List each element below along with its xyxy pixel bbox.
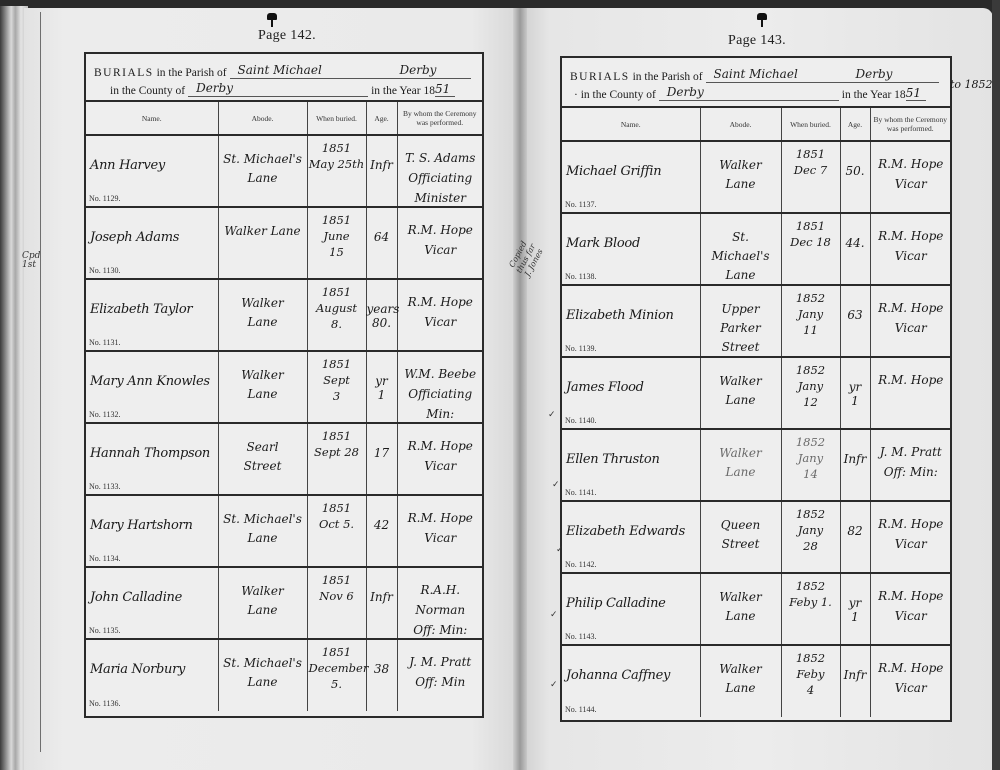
table-row: Elizabeth EdwardsNo. 1142.Queen Street18…: [562, 501, 950, 573]
column-header-when-buried: When buried.: [307, 102, 366, 135]
cell-when-buried: 1852 Feby 1.: [781, 573, 840, 645]
officiant-value: R.M. Hope Vicar: [874, 514, 949, 554]
cell-name: Mary Ann KnowlesNo. 1132.: [86, 351, 218, 423]
abode-value: Walker Lane: [703, 372, 779, 410]
officiant-value: R.M. Hope Vicar: [874, 154, 949, 194]
cell-abode: Walker Lane: [218, 207, 307, 279]
parish-value: Saint Michael: [714, 67, 798, 81]
abode-value: St. Michael's Lane: [703, 228, 779, 285]
entry-number: No. 1137.: [565, 200, 596, 209]
cell-abode: Upper Parker Street: [700, 285, 781, 357]
cell-abode: Walker Lane: [218, 351, 307, 423]
cell-abode: Walker Lane: [700, 645, 781, 717]
parish-label: in the Parish of: [157, 67, 227, 79]
cell-when-buried: 1851 June 15: [307, 207, 366, 279]
cell-when-buried: 1851 August 8.: [307, 279, 366, 351]
burial-date: 1851 Oct 5.: [309, 500, 365, 532]
cell-when-buried: 1851 Oct 5.: [307, 495, 366, 567]
cell-name: Michael GriffinNo. 1137.: [562, 141, 700, 213]
abode-value: Queen Street: [703, 516, 779, 554]
burial-date: 1851 Nov 6: [309, 572, 365, 604]
age-value: Infr: [841, 452, 870, 466]
age-value: 64: [367, 230, 397, 244]
deceased-name: Elizabeth Edwards: [566, 524, 685, 539]
entry-number: No. 1134.: [89, 554, 120, 563]
cell-age: 38: [366, 639, 397, 711]
cell-age: 42: [366, 495, 397, 567]
table-row: Maria NorburyNo. 1136.St. Michael's Lane…: [86, 639, 482, 711]
cell-officiant: R.M. Hope Vicar: [870, 213, 950, 285]
cell-officiant: R.M. Hope Vicar: [870, 573, 950, 645]
cell-abode: St. Michael's Lane: [218, 135, 307, 207]
age-value: 44.: [841, 236, 870, 250]
age-value: yr 1: [841, 380, 870, 408]
cell-name: Ann HarveyNo. 1129.: [86, 135, 218, 207]
column-header-abode: Abode.: [700, 108, 781, 141]
deceased-name: Hannah Thompson: [90, 446, 210, 461]
column-header-officiant: By whom the Ceremony was performed.: [397, 102, 482, 135]
cell-abode: Walker Lane: [700, 357, 781, 429]
age-value: years 80.: [367, 302, 397, 330]
abode-value: St. Michael's Lane: [221, 150, 305, 188]
officiant-value: R.M. Hope Vicar: [401, 436, 481, 476]
burials-table-left: Name. Abode. When buried. Age. By whom t…: [86, 102, 482, 711]
officiant-value: R.M. Hope Vicar: [874, 298, 949, 338]
officiant-value: R.A.H. Norman Off: Min:: [401, 580, 481, 640]
table-row: Johanna CaffneyNo. 1144.Walker Lane1852 …: [562, 645, 950, 717]
officiant-value: R.M. Hope Vicar: [874, 226, 949, 266]
cell-name: Maria NorburyNo. 1136.: [86, 639, 218, 711]
abode-value: Walker Lane: [221, 294, 305, 332]
parish-field: Saint Michael Derby: [230, 63, 471, 79]
age-value: 38: [367, 662, 397, 676]
age-value: Infr: [367, 158, 397, 172]
entry-number: No. 1129.: [89, 194, 120, 203]
cell-abode: Searl Street: [218, 423, 307, 495]
table-header-row: Name. Abode. When buried. Age. By whom t…: [562, 108, 950, 141]
entry-number: No. 1135.: [89, 626, 120, 635]
burial-date: 1852 Jany 14: [783, 434, 839, 482]
cell-when-buried: 1852 Jany 12: [781, 357, 840, 429]
officiant-value: R.M. Hope Vicar: [401, 220, 481, 260]
parish-label: in the Parish of: [633, 71, 703, 83]
entry-number: No. 1140.: [565, 416, 596, 425]
burial-date: 1852 Feby 4: [783, 650, 839, 698]
cell-when-buried: 1851 Sept 28: [307, 423, 366, 495]
cell-age: 64: [366, 207, 397, 279]
column-header-name: Name.: [562, 108, 700, 141]
age-value: 42: [367, 518, 397, 532]
check-mark-icon: ✓: [552, 480, 560, 490]
abode-value: Walker Lane: [221, 366, 305, 404]
parish-field: Saint Michael Derby: [706, 67, 939, 83]
cell-name: Joseph AdamsNo. 1130.: [86, 207, 218, 279]
table-row: Ann HarveyNo. 1129.St. Michael's Lane185…: [86, 135, 482, 207]
officiant-value: R.M. Hope Vicar: [401, 508, 481, 548]
table-row: Joseph AdamsNo. 1130.Walker Lane1851 Jun…: [86, 207, 482, 279]
binding-pin-icon: [755, 13, 769, 27]
cell-officiant: T. S. Adams Officiating Minister: [397, 135, 482, 207]
cell-when-buried: 1852 Jany 28: [781, 501, 840, 573]
cell-when-buried: 1851 Dec 18: [781, 213, 840, 285]
table-row: Elizabeth MinionNo. 1139.Upper Parker St…: [562, 285, 950, 357]
cell-when-buried: 1852 Feby 4: [781, 645, 840, 717]
column-header-name: Name.: [86, 102, 218, 135]
cell-name: Mark BloodNo. 1138.: [562, 213, 700, 285]
year-extension-note: to 1852: [950, 78, 993, 91]
cell-name: Elizabeth EdwardsNo. 1142.: [562, 501, 700, 573]
year-value: 51: [906, 86, 926, 101]
cell-age: 50.: [840, 141, 870, 213]
officiant-value: R.M. Hope Vicar: [401, 292, 481, 332]
parish-value-town: Derby: [400, 63, 437, 77]
burial-date: 1852 Jany 28: [783, 506, 839, 554]
cell-age: 44.: [840, 213, 870, 285]
burial-date: 1852 Jany 11: [783, 290, 839, 338]
officiant-value: J. M. Pratt Off: Min: [401, 652, 481, 692]
left-edge-note: Cpd 1st: [22, 252, 40, 270]
column-header-age: Age.: [840, 108, 870, 141]
age-value: 17: [367, 446, 397, 460]
cell-age: Infr: [840, 429, 870, 501]
cell-age: years 80.: [366, 279, 397, 351]
check-mark-icon: ✓: [556, 545, 564, 555]
entry-number: No. 1139.: [565, 344, 596, 353]
deceased-name: Mark Blood: [566, 236, 640, 251]
year-label: in the Year 18: [842, 89, 906, 101]
entry-number: No. 1132.: [89, 410, 120, 419]
age-value: yr 1: [367, 374, 397, 402]
entry-number: No. 1143.: [565, 632, 596, 641]
burial-date: 1851 Dec 7: [783, 146, 839, 178]
age-value: 82: [841, 524, 870, 538]
age-value: Infr: [367, 590, 397, 604]
abode-value: Walker Lane: [703, 444, 779, 482]
abode-value: Searl Street: [221, 438, 305, 476]
abode-value: Walker Lane: [703, 660, 779, 698]
deceased-name: Joseph Adams: [90, 230, 179, 245]
cell-name: Elizabeth MinionNo. 1139.: [562, 285, 700, 357]
deceased-name: Ann Harvey: [90, 158, 165, 173]
cell-name: Ellen ThrustonNo. 1141.: [562, 429, 700, 501]
column-header-abode: Abode.: [218, 102, 307, 135]
cell-when-buried: 1851 December 5.: [307, 639, 366, 711]
officiant-value: R.M. Hope Vicar: [874, 658, 949, 698]
county-label: in the County of: [581, 89, 656, 101]
cell-officiant: J. M. Pratt Off: Min: [397, 639, 482, 711]
cell-age: yr 1: [840, 573, 870, 645]
cell-officiant: R.M. Hope Vicar: [397, 279, 482, 351]
table-row: Mary Ann KnowlesNo. 1132.Walker Lane1851…: [86, 351, 482, 423]
cell-abode: St. Michael's Lane: [218, 639, 307, 711]
burials-heading: BURIALS: [94, 67, 154, 79]
abode-value: St. Michael's Lane: [221, 510, 305, 548]
table-row: Ellen ThrustonNo. 1141.Walker Lane1852 J…: [562, 429, 950, 501]
page-number-left: Page 142.: [258, 28, 316, 44]
abode-value: Walker Lane: [221, 222, 305, 241]
age-value: 50.: [841, 164, 870, 178]
page-fold-line: [40, 12, 41, 752]
cell-when-buried: 1851 Nov 6: [307, 567, 366, 639]
book-gutter: [513, 8, 527, 770]
burial-date: 1851 Sept 3: [309, 356, 365, 404]
cell-abode: Queen Street: [700, 501, 781, 573]
table-row: John CalladineNo. 1135.Walker Lane1851 N…: [86, 567, 482, 639]
cell-when-buried: 1851 Dec 7: [781, 141, 840, 213]
book-edge-right: [992, 0, 1000, 770]
cell-name: Philip CalladineNo. 1143.: [562, 573, 700, 645]
check-mark-icon: ✓: [548, 410, 556, 420]
officiant-value: R.M. Hope Vicar: [874, 586, 949, 626]
officiant-value: W.M. Beebe Officiating Min:: [401, 364, 481, 424]
cell-age: yr 1: [366, 351, 397, 423]
register-header-right: BURIALS in the Parish of Saint Michael D…: [562, 58, 950, 108]
cell-age: 82: [840, 501, 870, 573]
entry-number: No. 1138.: [565, 272, 596, 281]
entry-number: No. 1142.: [565, 560, 596, 569]
officiant-value: J. M. Pratt Off: Min:: [874, 442, 949, 482]
register-header-left: BURIALS in the Parish of Saint Michael D…: [86, 54, 482, 102]
burial-date: 1852 Jany 12: [783, 362, 839, 410]
entry-number: No. 1144.: [565, 705, 596, 714]
deceased-name: Mary Ann Knowles: [90, 374, 210, 389]
age-value: 63: [841, 308, 870, 322]
deceased-name: Johanna Caffney: [566, 668, 670, 683]
cell-officiant: R.M. Hope Vicar: [870, 501, 950, 573]
year-label: in the Year 18: [371, 85, 435, 97]
column-header-when-buried: When buried.: [781, 108, 840, 141]
cell-when-buried: 1851 Sept 3: [307, 351, 366, 423]
table-row: James FloodNo. 1140.Walker Lane1852 Jany…: [562, 357, 950, 429]
table-row: Philip CalladineNo. 1143.Walker Lane1852…: [562, 573, 950, 645]
table-row: Michael GriffinNo. 1137.Walker Lane1851 …: [562, 141, 950, 213]
table-row: Elizabeth TaylorNo. 1131.Walker Lane1851…: [86, 279, 482, 351]
check-mark-icon: ✓: [550, 610, 558, 620]
table-row: Hannah ThompsonNo. 1133.Searl Street1851…: [86, 423, 482, 495]
entry-number: No. 1133.: [89, 482, 120, 491]
table-row: Mark BloodNo. 1138.St. Michael's Lane185…: [562, 213, 950, 285]
age-value: Infr: [841, 668, 870, 682]
entry-number: No. 1136.: [89, 699, 120, 708]
deceased-name: Elizabeth Minion: [566, 308, 674, 323]
cell-name: James FloodNo. 1140.: [562, 357, 700, 429]
abode-value: Walker Lane: [703, 156, 779, 194]
cell-age: yr 1: [840, 357, 870, 429]
burials-heading: BURIALS: [570, 71, 630, 83]
year-value: 51: [435, 82, 455, 97]
age-value: yr 1: [841, 596, 870, 624]
deceased-name: Mary Hartshorn: [90, 518, 193, 533]
register-left: BURIALS in the Parish of Saint Michael D…: [84, 52, 484, 718]
cell-officiant: R.M. Hope: [870, 357, 950, 429]
county-label: in the County of: [110, 85, 185, 97]
deceased-name: James Flood: [566, 380, 644, 395]
entry-number: No. 1130.: [89, 266, 120, 275]
deceased-name: Elizabeth Taylor: [90, 302, 192, 317]
cell-age: Infr: [366, 135, 397, 207]
cell-name: Elizabeth TaylorNo. 1131.: [86, 279, 218, 351]
deceased-name: John Calladine: [90, 590, 182, 605]
cell-abode: Walker Lane: [700, 141, 781, 213]
officiant-value: T. S. Adams Officiating Minister: [401, 148, 481, 208]
table-header-row: Name. Abode. When buried. Age. By whom t…: [86, 102, 482, 135]
entry-number: No. 1141.: [565, 488, 596, 497]
cell-age: Infr: [366, 567, 397, 639]
abode-value: Walker Lane: [221, 582, 305, 620]
deceased-name: Maria Norbury: [90, 662, 185, 677]
cell-abode: St. Michael's Lane: [700, 213, 781, 285]
burial-date: 1851 December 5.: [309, 644, 365, 692]
cell-officiant: R.M. Hope Vicar: [870, 285, 950, 357]
cell-officiant: R.M. Hope Vicar: [397, 423, 482, 495]
deceased-name: Philip Calladine: [566, 596, 666, 611]
cell-name: John CalladineNo. 1135.: [86, 567, 218, 639]
burials-table-right: Name. Abode. When buried. Age. By whom t…: [562, 108, 950, 717]
open-register-book: Cpd 1st Page 142. BURIALS in the Parish …: [0, 0, 1000, 770]
county-value: Derby: [196, 81, 233, 95]
abode-value: Walker Lane: [703, 588, 779, 626]
cell-officiant: R.M. Hope Vicar: [870, 645, 950, 717]
parish-value: Saint Michael: [238, 63, 322, 77]
page-number-right: Page 143.: [728, 33, 786, 49]
cell-name: Hannah ThompsonNo. 1133.: [86, 423, 218, 495]
cell-name: Johanna CaffneyNo. 1144.: [562, 645, 700, 717]
check-mark-icon: ✓: [550, 680, 558, 690]
officiant-value: R.M. Hope: [874, 370, 949, 390]
burial-date: 1851 Sept 28: [309, 428, 365, 460]
cell-when-buried: 1852 Jany 14: [781, 429, 840, 501]
cell-officiant: J. M. Pratt Off: Min:: [870, 429, 950, 501]
county-field: Derby: [188, 81, 368, 97]
burial-date: 1851 Dec 18: [783, 218, 839, 250]
cell-abode: Walker Lane: [218, 567, 307, 639]
burial-date: 1852 Feby 1.: [783, 578, 839, 610]
cell-abode: Walker Lane: [218, 279, 307, 351]
cell-abode: Walker Lane: [700, 429, 781, 501]
entry-number: No. 1131.: [89, 338, 120, 347]
cell-officiant: W.M. Beebe Officiating Min:: [397, 351, 482, 423]
county-value: Derby: [667, 85, 704, 99]
column-header-officiant: By whom the Ceremony was performed.: [870, 108, 950, 141]
cell-abode: St. Michael's Lane: [218, 495, 307, 567]
county-field: Derby: [659, 85, 839, 101]
parish-value-town: Derby: [856, 67, 893, 81]
table-row: Mary HartshornNo. 1134.St. Michael's Lan…: [86, 495, 482, 567]
cell-age: 63: [840, 285, 870, 357]
cell-when-buried: 1851 May 25th: [307, 135, 366, 207]
register-right: BURIALS in the Parish of Saint Michael D…: [560, 56, 952, 722]
cell-officiant: R.M. Hope Vicar: [397, 207, 482, 279]
cell-officiant: R.A.H. Norman Off: Min:: [397, 567, 482, 639]
cell-age: 17: [366, 423, 397, 495]
binding-pin-icon: [265, 13, 279, 27]
cell-abode: Walker Lane: [700, 573, 781, 645]
cell-age: Infr: [840, 645, 870, 717]
burial-date: 1851 May 25th: [309, 140, 365, 172]
deceased-name: Michael Griffin: [566, 164, 661, 179]
abode-value: Upper Parker Street: [703, 300, 779, 357]
cell-when-buried: 1852 Jany 11: [781, 285, 840, 357]
column-header-age: Age.: [366, 102, 397, 135]
cell-officiant: R.M. Hope Vicar: [870, 141, 950, 213]
burial-date: 1851 August 8.: [309, 284, 365, 332]
burial-date: 1851 June 15: [309, 212, 365, 260]
cell-officiant: R.M. Hope Vicar: [397, 495, 482, 567]
abode-value: St. Michael's Lane: [221, 654, 305, 692]
cell-name: Mary HartshornNo. 1134.: [86, 495, 218, 567]
deceased-name: Ellen Thruston: [566, 452, 660, 467]
